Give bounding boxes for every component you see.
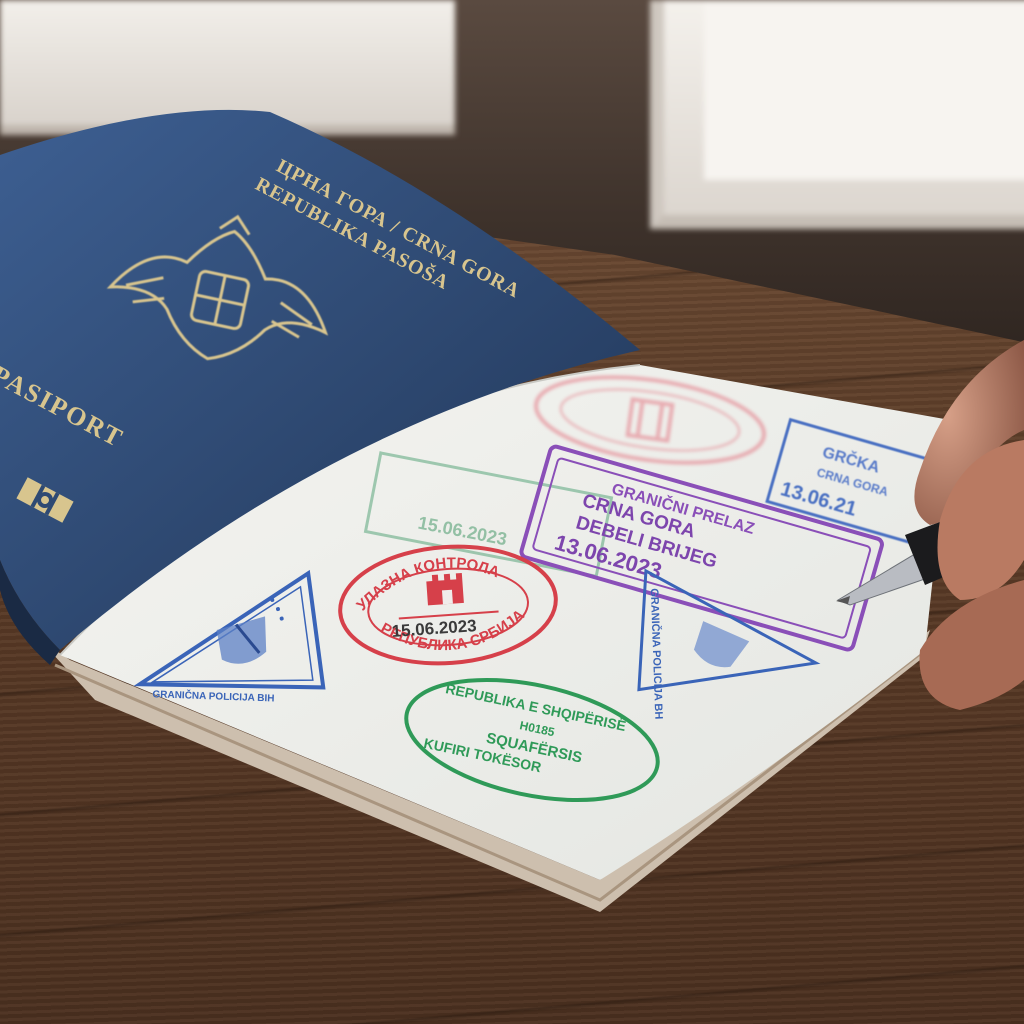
passport: ЦРНА ГОРА / CRNA GORA REPUBLIKA PASOŠA P… [0, 0, 1024, 1024]
photo-scene: ЦРНА ГОРА / CRNA GORA REPUBLIKA PASOŠA P… [0, 0, 1024, 1024]
